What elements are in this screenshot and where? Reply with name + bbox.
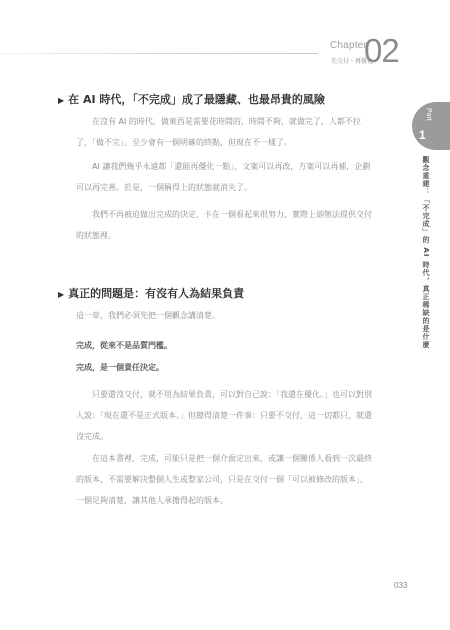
paragraph: 在這本書裡，完成，可能只是把一個介面定出來，或讓一個關係人看到一次最終的版本，不… bbox=[76, 448, 372, 511]
triangle-bullet-icon: ▶ bbox=[58, 96, 64, 105]
section-heading-2: ▶真正的問題是：有沒有人為結果負責 bbox=[58, 285, 244, 301]
part-label: Part bbox=[418, 108, 432, 121]
page-number: 033 bbox=[394, 581, 407, 590]
part-title-vertical: 觀念重建：「不完成」的 AI 時代，真正稀缺的是什麼 bbox=[421, 156, 431, 349]
paragraph: AI 讓我們幾乎永遠都「還能再優化一點」，文案可以再改，方案可以再補，企劃可以再… bbox=[76, 156, 372, 198]
chapter-label: Chapter bbox=[330, 40, 367, 51]
triangle-bullet-icon: ▶ bbox=[58, 290, 64, 299]
chapter-number: 02 bbox=[364, 34, 399, 67]
paragraph: 在沒有 AI 的時代，做東西是需要花時間的，時間不夠，就做完了，人都不拉了，「做… bbox=[76, 111, 372, 153]
paragraph: 這一章，我們必須先把一個觀念講清楚。 bbox=[76, 305, 372, 326]
paragraph: 我們不再被迫做出完成的決定，卡在一個看起來很努力、實際上卻無法提供交付的狀態裡。 bbox=[76, 204, 372, 246]
part-number: 1 bbox=[419, 128, 426, 142]
section-heading-1: ▶在 AI 時代，「不完成」成了最隱藏、也最昂貴的風險 bbox=[58, 91, 325, 107]
definition-line: 完成，是一個責任決定。 bbox=[76, 362, 164, 373]
header-rule bbox=[0, 53, 318, 54]
paragraph: 只要還沒交付，就不用為結果負責，可以對自己說：「我還在優化。」也可以對別人說：「… bbox=[76, 384, 372, 447]
definition-line: 完成，從來不是品質門檻。 bbox=[76, 340, 172, 351]
